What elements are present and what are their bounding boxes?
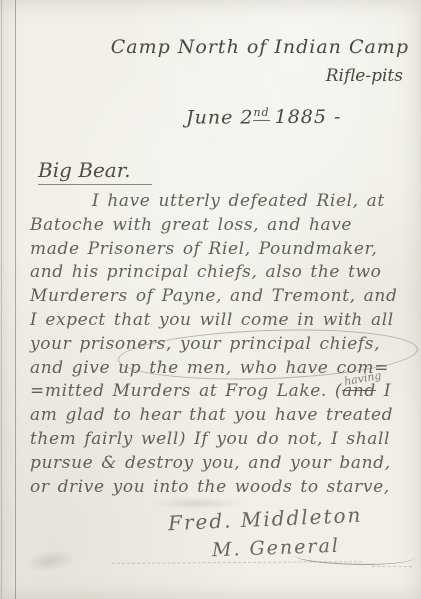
body-line: Murderers of Payne, and Tremont, and xyxy=(30,285,415,309)
body-line: =mitted Murders at Frog Lake. (havingand… xyxy=(30,380,415,404)
date-ordinal: nd xyxy=(253,106,269,121)
pencil-smudge xyxy=(23,546,78,575)
heading-riflepits-line: Rifle-pits xyxy=(111,66,409,86)
salutation: Big Bear. xyxy=(38,158,152,182)
body-line: and his principal chiefs, also the two xyxy=(30,261,415,285)
body-line: your prisoners, your principal chiefs, xyxy=(30,333,415,357)
margin-rule-line xyxy=(15,0,16,599)
body-line: them fairly well) If you do not, I shall xyxy=(30,428,415,452)
body-line: am glad to hear that you have treated xyxy=(30,404,415,428)
pencil-smudge xyxy=(150,497,245,510)
letter-body: I have utterly defeated Riel, at Batoche… xyxy=(30,190,415,499)
correction: havingand xyxy=(342,380,376,404)
date-day: June 2 xyxy=(186,106,253,128)
body-line: I expect that you will come in with all xyxy=(30,309,415,333)
signature-flourish xyxy=(295,545,416,568)
letter-page: Camp North of Indian Camp Rifle-pits Jun… xyxy=(0,0,421,599)
body-line: I have utterly defeated Riel, at xyxy=(30,190,415,214)
body-line: made Prisoners of Riel, Poundmaker, xyxy=(30,238,415,262)
date-year: 1885 - xyxy=(275,106,342,128)
date-line: June 2nd1885 - xyxy=(186,106,341,128)
body-line-segment: your prisoners, xyxy=(30,334,180,354)
body-line: Batoche with great loss, and have xyxy=(30,214,415,238)
pencil-smudge xyxy=(372,566,412,567)
body-line: pursue & destroy you, and your band, xyxy=(30,452,415,476)
body-line-segment: =mitted Murders at Frog Lake. ( xyxy=(30,381,342,401)
heading-place-line: Camp North of Indian Camp xyxy=(111,36,409,58)
circled-phrase: your principal chiefs, xyxy=(180,334,380,354)
paper-edge-line xyxy=(1,0,2,599)
letter-heading: Camp North of Indian Camp Rifle-pits xyxy=(111,36,409,86)
body-line: or drive you into the woods to starve, xyxy=(30,476,415,500)
salutation-text: Big Bear. xyxy=(38,158,152,185)
